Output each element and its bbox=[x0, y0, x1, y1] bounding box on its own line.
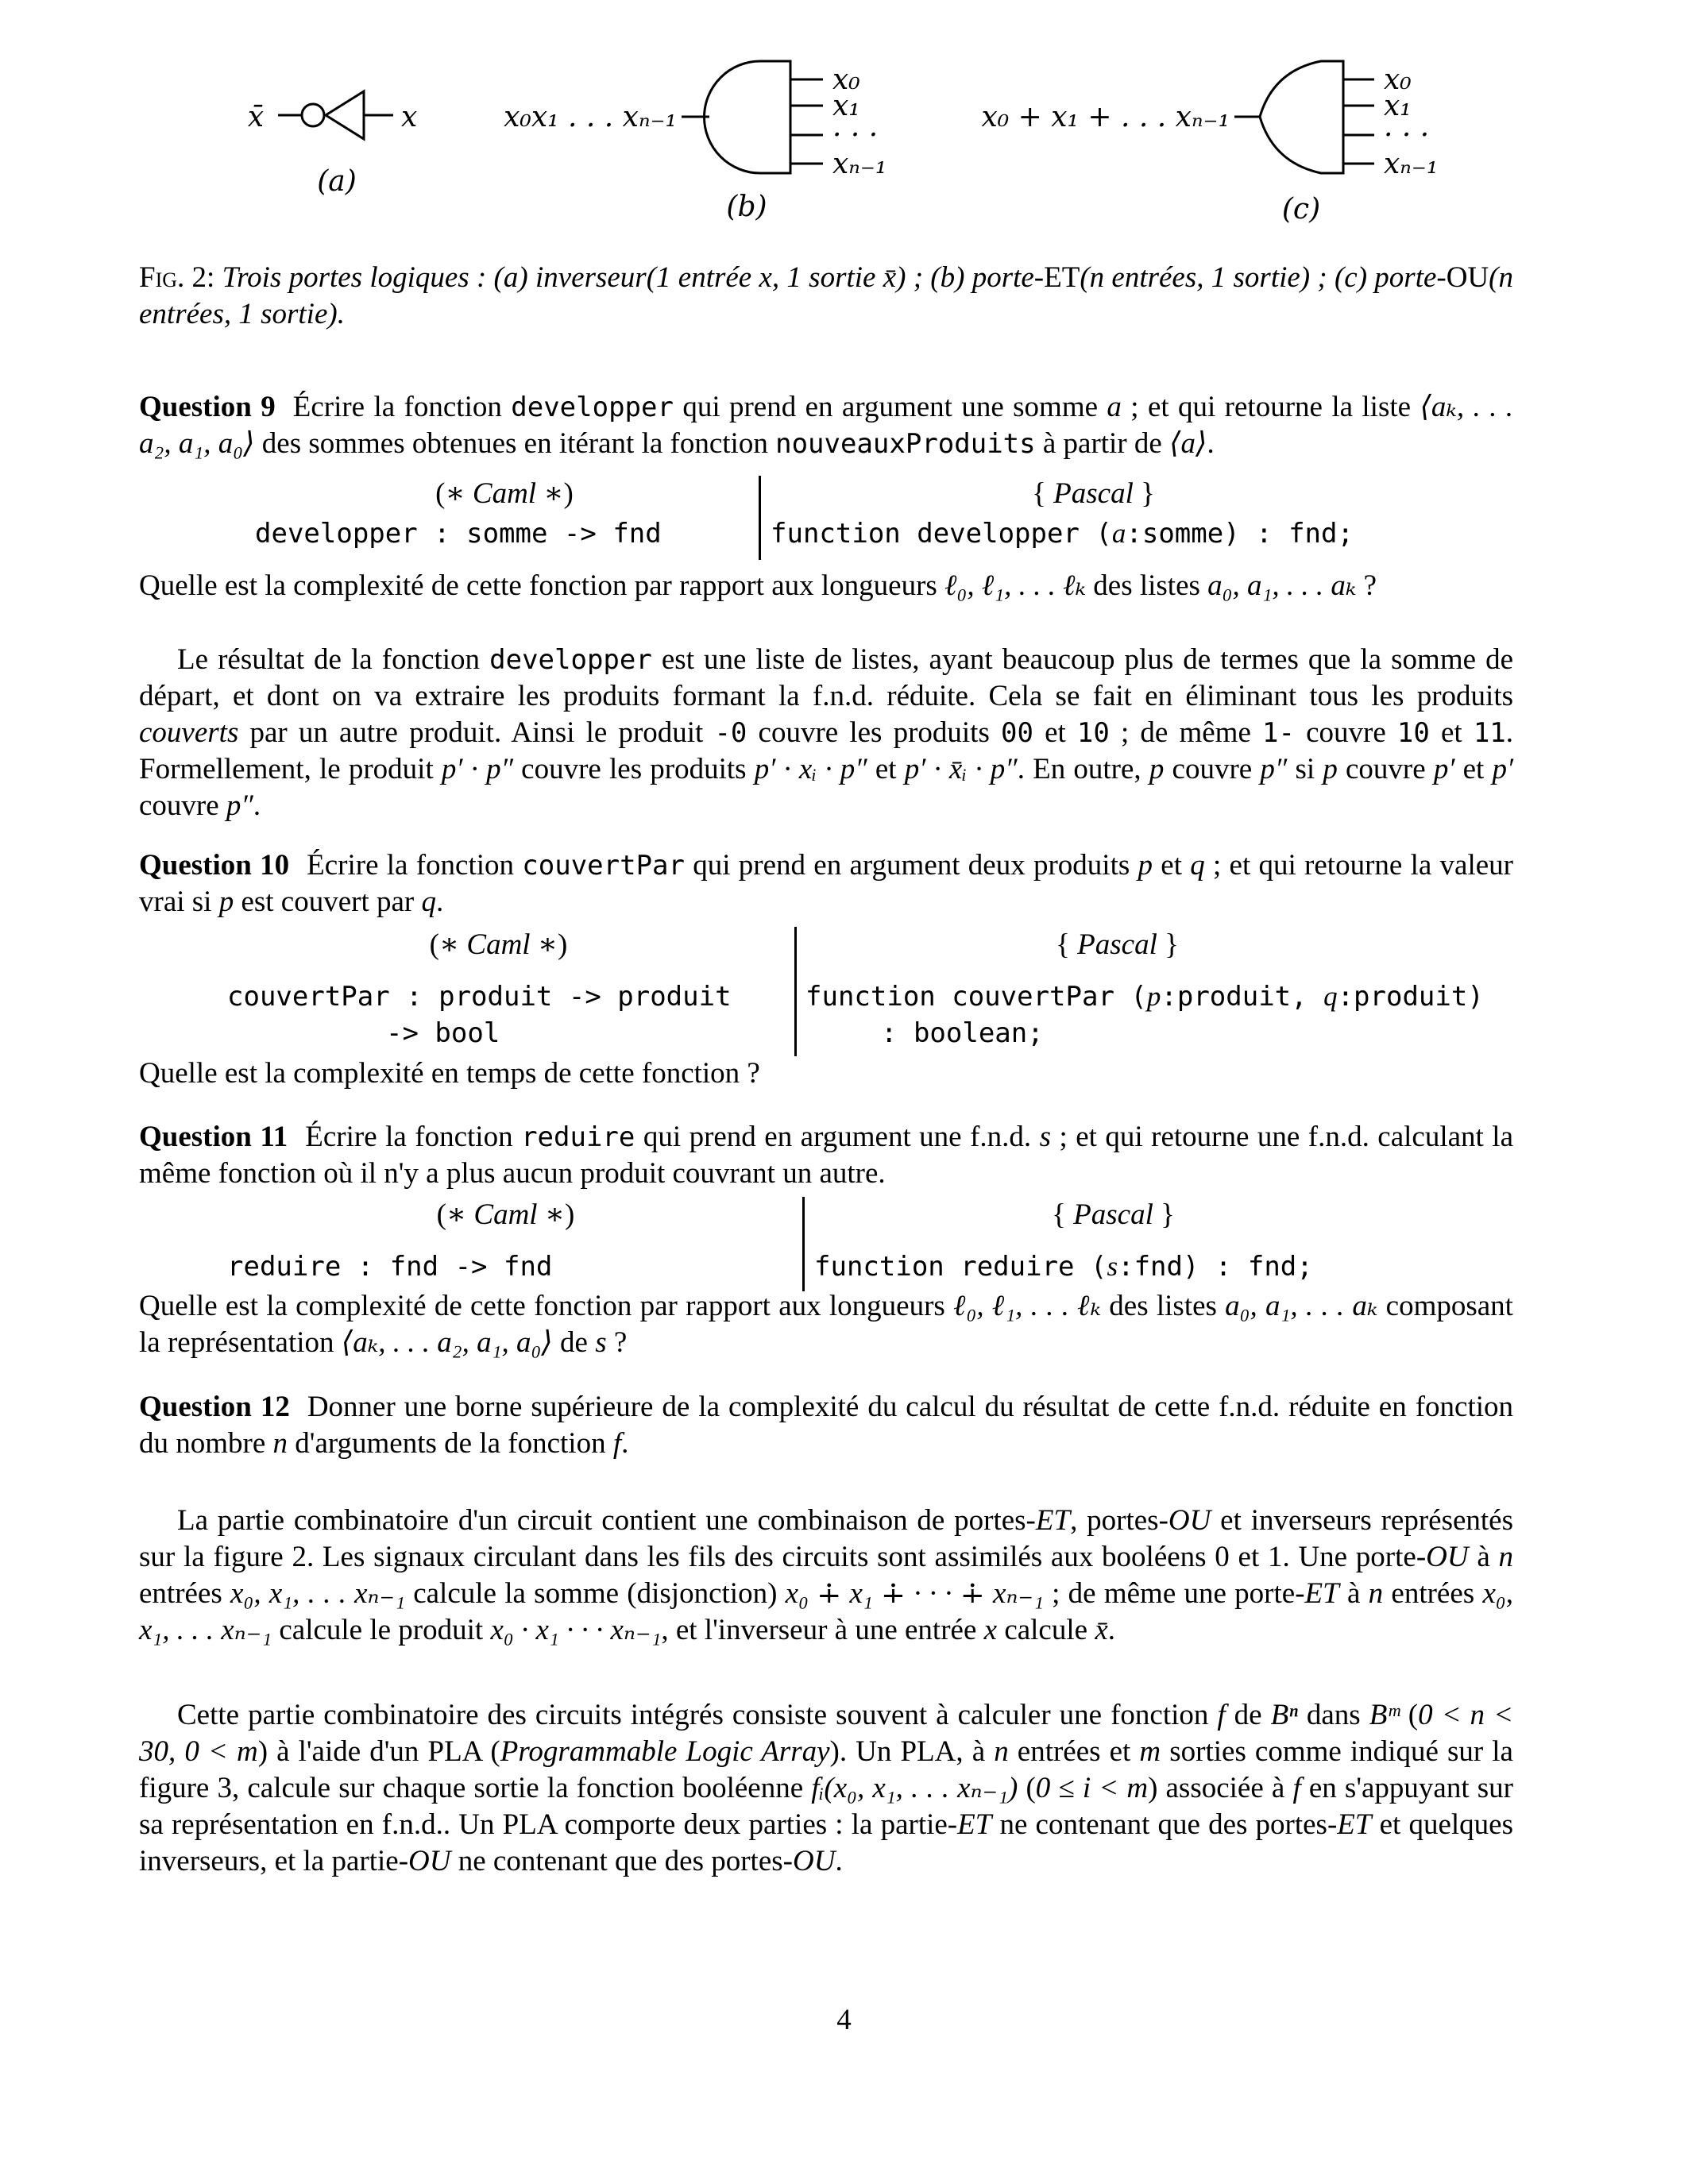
question-12: Question 12Donner une borne supérieure d… bbox=[139, 1389, 1513, 1462]
paragraph-developper-result: Le résultat de la fonction developper es… bbox=[139, 642, 1513, 824]
and-gate-port-label: · · · bbox=[832, 119, 878, 152]
pascal-header: { Pascal } bbox=[805, 1197, 1422, 1233]
paragraph-combinatoire: La partie combinatoire d'un circuit cont… bbox=[139, 1503, 1513, 1649]
or-gate-port-label: xₙ₋₁ bbox=[1384, 148, 1438, 180]
inverter-caption: (a) bbox=[317, 165, 357, 198]
pascal-signature-couvertpar: function couvertPar (p:produit, q:produi… bbox=[797, 978, 1513, 1015]
figure-2-logic-gates: x̄ x (a) x₀x₁ . . . xₙ₋₁ x₀ x₁ · · · xₙ₋… bbox=[0, 0, 1688, 238]
and-gate-body bbox=[705, 61, 790, 173]
caml-signature-reduire: reduire : fnd -> fnd bbox=[139, 1248, 802, 1285]
pascal-signature-developper: function developper (a:somme) : fnd; bbox=[761, 515, 1513, 552]
inverter-input-label: x bbox=[401, 101, 417, 133]
or-gate-body bbox=[1260, 61, 1343, 173]
code-block-developper: (∗ Caml ∗) developper : somme -> fnd { P… bbox=[139, 476, 1513, 560]
question-11-complexity: Quelle est la complexité de cette foncti… bbox=[139, 1288, 1513, 1361]
pascal-header: { Pascal } bbox=[761, 476, 1426, 512]
question-10-complexity: Quelle est la complexité en temps de cet… bbox=[139, 1055, 1513, 1092]
pascal-signature-couvertpar-2: : boolean; bbox=[797, 1015, 1513, 1051]
question-9: Question 9Écrire la fonction developper … bbox=[139, 389, 1513, 462]
caml-header: (∗ Caml ∗) bbox=[250, 476, 759, 512]
figure-caption: Fig. 2: Trois portes logiques : (a) inve… bbox=[139, 260, 1513, 333]
caml-header: (∗ Caml ∗) bbox=[203, 927, 794, 963]
and-gate-port-label: xₙ₋₁ bbox=[832, 148, 886, 180]
caml-header: (∗ Caml ∗) bbox=[209, 1197, 802, 1233]
question-11: Question 11Écrire la fonction reduire qu… bbox=[139, 1119, 1513, 1192]
inverter-triangle bbox=[326, 91, 364, 139]
caml-signature-developper: developper : somme -> fnd bbox=[139, 515, 759, 552]
and-gate-caption: (b) bbox=[726, 191, 767, 223]
inverter-bubble bbox=[302, 104, 324, 126]
or-gate-port-label: x₁ bbox=[1384, 90, 1412, 122]
caml-signature-couvertpar-2: -> bool bbox=[139, 1015, 794, 1051]
or-gate-caption: (c) bbox=[1282, 193, 1320, 226]
code-block-reduire: (∗ Caml ∗) reduire : fnd -> fnd { Pascal… bbox=[139, 1197, 1513, 1291]
code-block-couvertpar: (∗ Caml ∗) couvertPar : produit -> produ… bbox=[139, 927, 1513, 1056]
or-gate-output-label: x₀ + x₁ + . . . xₙ₋₁ bbox=[981, 101, 1230, 133]
pascal-header: { Pascal } bbox=[797, 927, 1438, 963]
question-10: Question 10Écrire la fonction couvertPar… bbox=[139, 847, 1513, 920]
inverter-output-label: x̄ bbox=[248, 101, 264, 133]
or-gate-port-label: · · · bbox=[1384, 119, 1429, 152]
page-number: 4 bbox=[0, 2003, 1688, 2037]
and-gate-output-label: x₀x₁ . . . xₙ₋₁ bbox=[504, 101, 677, 133]
paragraph-pla: Cette partie combinatoire des circuits i… bbox=[139, 1697, 1513, 1880]
pascal-signature-reduire: function reduire (s:fnd) : fnd; bbox=[805, 1248, 1513, 1285]
document-page: x̄ x (a) x₀x₁ . . . xₙ₋₁ x₀ x₁ · · · xₙ₋… bbox=[0, 0, 1688, 2184]
and-gate-port-label: x₁ bbox=[832, 90, 860, 122]
question-9-complexity: Quelle est la complexité de cette foncti… bbox=[139, 568, 1513, 604]
caml-signature-couvertpar: couvertPar : produit -> produit bbox=[139, 978, 794, 1015]
